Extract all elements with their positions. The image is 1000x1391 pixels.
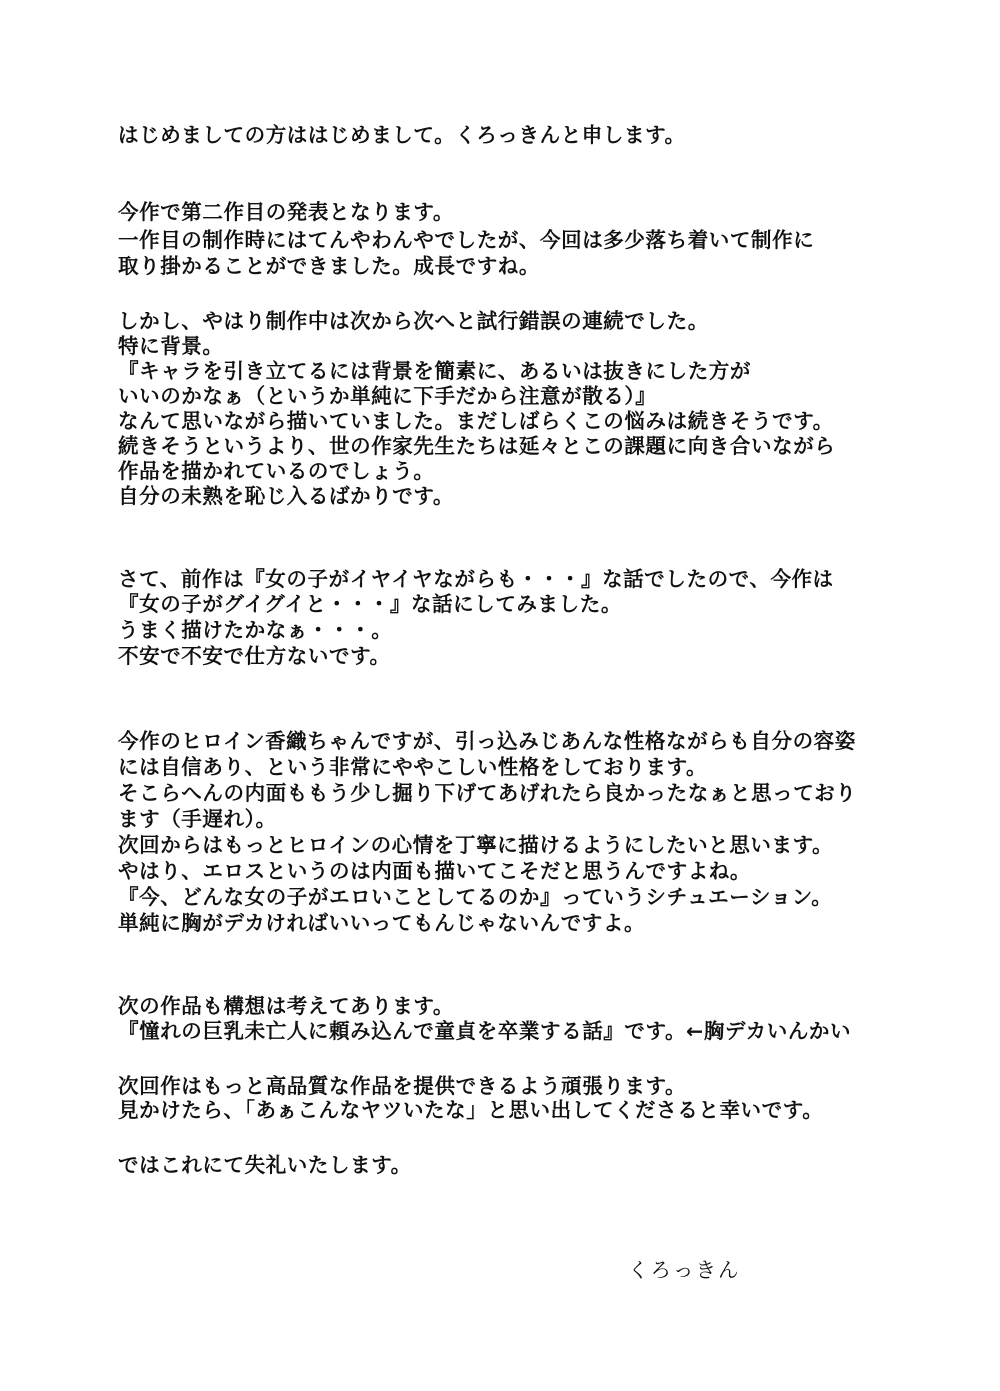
text-line: しかし、やはり制作中は次から次へと試行錯誤の連続でした。 (118, 308, 709, 334)
text-line: はじめましての方ははじめまして。くろっきんと申します。 (118, 122, 686, 148)
text-line: 一作目の制作時にはてんやわんやでしたが、今回は多少落ち着いて制作に (118, 227, 814, 253)
text-line: 『憧れの巨乳未亡人に頼み込んで童貞を卒業する話』です。←胸デカいんかい (118, 1018, 851, 1044)
text-line: ではこれにて失礼いたします。 (118, 1152, 412, 1178)
text-line: 単純に胸がデカければいいってもんじゃないんですよ。 (118, 910, 645, 936)
text-line: 自分の未熟を恥じ入るばかりです。 (118, 483, 454, 509)
text-line: 見かけたら、「あぁこんなヤツいたな」と思い出してくださると幸いです。 (118, 1097, 823, 1123)
text-line: 『女の子がグイグイと・・・』な話にしてみました。 (118, 591, 622, 617)
text-line: いいのかなぁ（というか単純に下手だから注意が散る）』 (118, 383, 656, 409)
text-line: 取り掛かることができました。成長ですね。 (118, 253, 540, 279)
text-line: 『キャラを引き立てるには背景を簡素に、あるいは抜きにした方が (118, 358, 751, 384)
text-line: ます（手遅れ）。 (118, 806, 277, 832)
text-line: やはり、エロスというのは内面も描いてこそだと思うんですよね。 (118, 858, 751, 884)
text-line: 次の作品も構想は考えてあります。 (118, 993, 454, 1019)
afterword-page: はじめましての方ははじめまして。くろっきんと申します。 今作で第二作目の発表とな… (0, 0, 1000, 1391)
text-line: 特に背景。 (118, 333, 224, 359)
text-line: さて、前作は『女の子がイヤイヤながらも・・・』な話でしたので、今作は (118, 566, 834, 592)
text-line: 次回からはもっとヒロインの心情を丁寧に描けるようにしたいと思います。 (118, 832, 833, 858)
text-line: 不安で不安で仕方ないです。 (118, 643, 391, 669)
author-signature: くろっきん (628, 1257, 741, 1283)
text-line: うまく描けたかなぁ・・・。 (118, 617, 392, 643)
text-line: 続きそうというより、世の作家先生たちは延々とこの課題に向き合いながら (118, 433, 835, 459)
text-line: なんて思いながら描いていました。まだしばらくこの悩みは続きそうです。 (118, 408, 834, 434)
text-line: 今作のヒロイン香織ちゃんですが、引っ込みじあんな性格ながらも自分の容姿 (118, 728, 856, 754)
text-line: 作品を描かれているのでしょう。 (118, 458, 435, 484)
text-line: 次回作はもっと高品質な作品を提供できるよう頑張ります。 (118, 1073, 686, 1099)
text-line: 今作で第二作目の発表となります。 (118, 199, 454, 225)
text-line: 『今、どんな女の子がエロいことしてるのか』っていうシチュエーション。 (118, 884, 832, 910)
text-line: には自信あり、という非常にややこしい性格をしております。 (118, 754, 707, 780)
text-line: そこらへんの内面ももう少し掘り下げてあげれたら良かったなぁと思っており (118, 780, 857, 806)
